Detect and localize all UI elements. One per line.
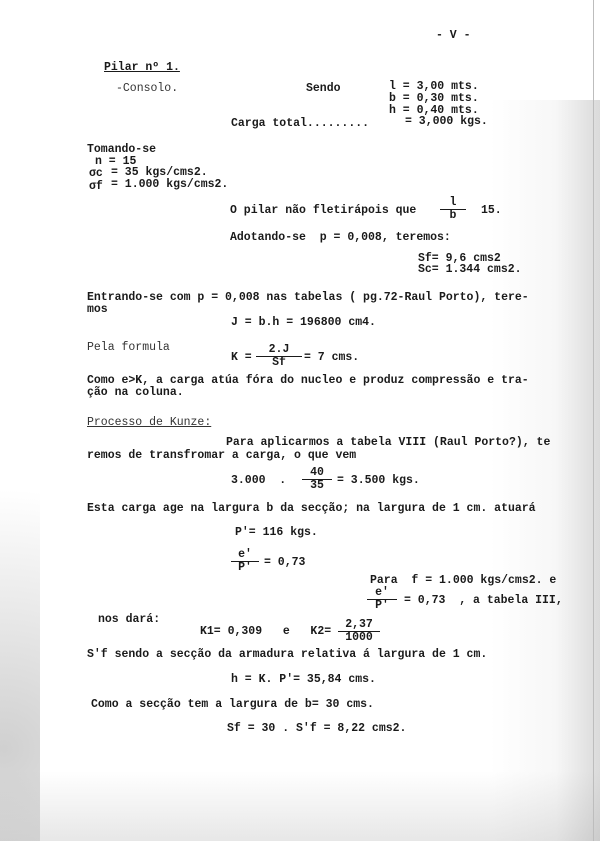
scan-noise: [0, 771, 600, 841]
tables-line-2: mos: [87, 304, 108, 316]
j-formula: J = b.h = 196800 cm4.: [231, 317, 376, 329]
k-lhs: K =: [231, 352, 252, 364]
k-rhs: = 7 cms.: [304, 352, 359, 364]
k-fraction: 2.J Sf: [256, 344, 302, 369]
document-page: - V - Pilar nº 1. -Consolo. Sendo l = 3,…: [0, 0, 600, 841]
sigma-c-symbol: σc: [89, 168, 103, 180]
sf-definition: S'f sendo a secção da armadura relativa …: [87, 649, 487, 661]
page-number: - V -: [436, 30, 471, 42]
given-intro: Sendo: [306, 83, 341, 95]
sigma-f-symbol: σf: [89, 181, 103, 193]
assumption-sigma-f: = 1.000 kgs/cms2.: [111, 179, 228, 191]
adopt-sc: Sc= 1.344 cms2.: [418, 264, 522, 276]
load-label: Carga total.........: [231, 118, 369, 130]
buckling-text: O pilar não fletirápois que: [230, 205, 416, 217]
kunze-line-3: Esta carga age na largura b da secção; n…: [87, 503, 536, 515]
tables-line-1: Entrando-se com p = 0,008 nas tabelas ( …: [87, 292, 529, 304]
k-values: K1= 0,309 e K2=: [200, 626, 331, 638]
formula-label: Pela formula: [87, 342, 170, 354]
buckling-fraction: l b: [440, 197, 466, 222]
k2-fraction: 2,37 1000: [338, 619, 380, 644]
conclusion-line-2: ção na coluna.: [87, 387, 184, 399]
ratio-value: = 0,73: [264, 557, 305, 569]
kunze-calc-fraction: 40 35: [302, 467, 332, 492]
kunze-title: Processo de Kunze:: [87, 417, 211, 429]
p-prime: P'= 116 kgs.: [235, 527, 318, 539]
buckling-value: 15.: [481, 205, 502, 217]
load-value: = 3,000 kgs.: [405, 116, 488, 128]
kunze-calc-rhs: = 3.500 kgs.: [337, 475, 420, 487]
para-line: Para f = 1.000 kgs/cms2. e: [370, 575, 556, 587]
kunze-calc-lhs: 3.000 .: [231, 475, 286, 487]
subheading: -Consolo.: [116, 83, 178, 95]
page-edge: [593, 0, 594, 841]
nos-dara: nos dará:: [98, 614, 160, 626]
h-line: h = K. P'= 35,84 cms.: [231, 674, 376, 686]
para-ratio-fraction: e' P': [367, 587, 397, 612]
width-line: Como a secção tem a largura de b= 30 cms…: [91, 699, 374, 711]
scan-noise: [490, 100, 600, 841]
ratio-fraction: e' P': [231, 549, 259, 574]
heading: Pilar nº 1.: [104, 62, 180, 74]
para-ratio-rhs: = 0,73 , a tabela III,: [404, 595, 563, 607]
final-result: Sf = 30 . S'f = 8,22 cms2.: [227, 723, 406, 735]
adopt-text: Adotando-se p = 0,008, teremos:: [230, 232, 451, 244]
kunze-line-2: remos de transfromar a carga, o que vem: [87, 450, 356, 462]
kunze-line-1: Para aplicarmos a tabela VIII (Raul Port…: [226, 437, 550, 449]
